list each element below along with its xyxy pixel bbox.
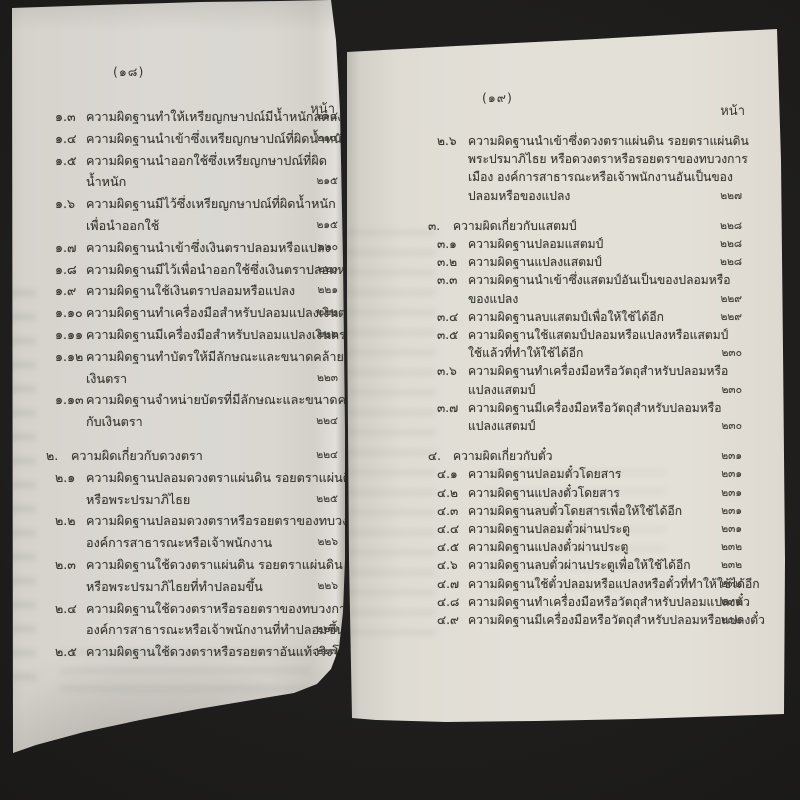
toc-entry-number: ๓.๗ xyxy=(437,399,468,417)
toc-entry-number: ๔.๕ xyxy=(437,538,468,556)
toc-entry-line: ความผิดฐานมีเครื่องมือหรือวัตถุสำหรับปลอ… xyxy=(468,611,742,629)
toc-entry-line: พระปรมาภิไธย หรือดวงตราหรือรอยตราของทบวง… xyxy=(468,150,742,168)
toc-entry-page-number: ๒๒๐ xyxy=(318,237,338,259)
toc-entry-๔-๔: ๔.๔ความผิดฐานปลอมตั๋วผ่านประตู๒๓๑ xyxy=(428,520,742,538)
toc-entry-page-number: ๒๒๘ xyxy=(720,253,742,271)
toc-entry-line: ความผิดฐานปลอมแสตมป์ xyxy=(468,235,742,253)
toc-entry-๒-๑: ๒.๑ความผิดฐานปลอมดวงตราแผ่นดิน รอยตราแผ่… xyxy=(46,467,338,511)
toc-entry-๓-๑: ๓.๑ความผิดฐานปลอมแสตมป์๒๒๘ xyxy=(428,235,742,253)
toc-entry-page-number: ๒๒๓ xyxy=(317,368,338,390)
toc-entry-๒-๓: ๒.๓ความผิดฐานใช้ดวงตราแผ่นดิน รอยตราแผ่น… xyxy=(46,554,338,598)
toc-entry-๓-๖: ๓.๖ความผิดฐานทำเครื่องมือหรือวัตถุสำหรับ… xyxy=(428,362,742,398)
toc-entry-number: ๑.๙ xyxy=(55,280,86,302)
toc-entry-line: ความผิดฐานมีเครื่องมือหรือวัตถุสำหรับปลอ… xyxy=(468,399,742,417)
toc-entry-๒-๔: ๒.๔ความผิดฐานใช้ดวงตราหรือรอยตราของทบวงก… xyxy=(46,598,338,642)
toc-entry-number: ๑.๗ xyxy=(55,237,86,259)
toc-entry-text: ความผิดฐานทำให้เหรียญกษาปณ์มีน้ำหนักลดลง xyxy=(86,106,338,128)
toc-entry-number: ๒.๖ xyxy=(437,132,468,150)
toc-entry-line: ความผิดฐานนำออกใช้ซึ่งเหรียญกษาปณ์ที่ผิด xyxy=(86,150,338,172)
toc-entry-number: ๔.๙ xyxy=(437,611,468,629)
toc-entry-number: ๒.๓ xyxy=(55,554,86,576)
toc-entry-๔-๒: ๔.๒ความผิดฐานแปลงตั๋วโดยสาร๒๓๑ xyxy=(428,484,742,502)
toc-entry-๓-๔: ๓.๔ความผิดฐานลบแสตมป์เพื่อให้ใช้ได้อีก๒๒… xyxy=(428,308,742,326)
toc-entry-page-number: ๒๒๐ xyxy=(318,259,338,281)
toc-entry-line: แปลงแสตมป์ xyxy=(468,381,742,399)
left-page-folio: (๑๘) xyxy=(113,62,144,82)
left-page-toc: ๑.๓ความผิดฐานทำให้เหรียญกษาปณ์มีน้ำหนักล… xyxy=(46,106,338,663)
toc-entry-line: ปลอมหรือของแปลง xyxy=(468,187,742,205)
toc-entry-line: ความผิดฐานปลอมดวงตราหรือรอยตราของทบวงการ… xyxy=(86,510,338,532)
toc-entry-line: ความผิดฐานลบตั๋วโดยสารเพื่อให้ใช้ได้อีก xyxy=(468,502,742,520)
toc-entry-page-number: ๒๓๒ xyxy=(721,556,742,574)
toc-entry-page-number: ๒๓๑ xyxy=(721,502,742,520)
toc-entry-๔-๗: ๔.๗ความผิดฐานใช้ตั๋วปลอมหรือแปลงหรือตั๋ว… xyxy=(428,575,742,593)
toc-entry-text: ความผิดฐานใช้ดวงตราหรือรอยตราอันแท้จริงโ… xyxy=(86,641,338,663)
toc-entry-page-number: ๒๓๐ xyxy=(721,417,742,435)
toc-entry-๓-๓: ๓.๓ความผิดฐานนำเข้าซึ่งแสตมป์อันเป็นของป… xyxy=(428,271,742,307)
toc-entry-number: ๑.๓ xyxy=(55,106,86,128)
toc-entry-text: ความผิดฐานปลอมดวงตราหรือรอยตราของทบวงการ… xyxy=(86,510,338,554)
toc-entry-line: ความผิดฐานใช้ตั๋วปลอมหรือแปลงหรือตั๋วที่… xyxy=(468,575,742,593)
toc-entry-text: ความผิดฐานนำเข้าซึ่งเงินตราปลอมหรือแปลง xyxy=(86,237,338,259)
toc-entry-text: ความผิดฐานปลอมดวงตราแผ่นดิน รอยตราแผ่นดิ… xyxy=(86,467,338,511)
toc-entry-๑-๖: ๑.๖ความผิดฐานมีไว้ซึ่งเหรียญกษาปณ์ที่ผิด… xyxy=(46,193,338,237)
right-page-folio: (๑๙) xyxy=(482,88,513,108)
toc-entry-line: ความผิดฐานปลอมดวงตราแผ่นดิน รอยตราแผ่นดิ… xyxy=(86,467,338,489)
toc-entry-page-number: ๒๒๙ xyxy=(720,308,742,326)
toc-entry-text: ความผิดเกี่ยวกับตั๋ว xyxy=(453,447,742,465)
toc-entry-๑-๑๒: ๑.๑๒ความผิดฐานทำบัตรให้มีลักษณะและขนาดคล… xyxy=(46,346,338,390)
toc-entry-text: ความผิดฐานลบตั๋วผ่านประตูเพื่อให้ใช้ได้อ… xyxy=(468,556,742,574)
toc-entry-line: ความผิดฐานปลอมตั๋วผ่านประตู xyxy=(468,520,742,538)
toc-entry-line: ความผิดฐานทำให้เหรียญกษาปณ์มีน้ำหนักลดลง xyxy=(86,106,338,128)
toc-entry-page-number: ๒๑๔ xyxy=(316,106,338,128)
toc-entry-line: เงินตรา xyxy=(86,368,338,390)
toc-entry-page-number: ๒๒๗ xyxy=(316,641,338,663)
toc-entry-number: ๔.๘ xyxy=(437,593,468,611)
toc-entry-๔-๕: ๔.๕ความผิดฐานแปลงตั๋วผ่านประตู๒๓๒ xyxy=(428,538,742,556)
toc-entry-line: ความผิดฐานใช้ดวงตราแผ่นดิน รอยตราแผ่นดิน xyxy=(86,554,338,576)
toc-entry-line: ความผิดเกี่ยวกับแสตมป์ xyxy=(453,217,742,235)
toc-entry-page-number: ๒๒๔ xyxy=(316,411,338,433)
toc-entry-page-number: ๒๒๖ xyxy=(317,532,338,554)
toc-entry-line: ความผิดฐานมีไว้ซึ่งเหรียญกษาปณ์ที่ผิดน้ำ… xyxy=(86,193,338,215)
toc-entry-page-number: ๒๓๑ xyxy=(721,447,742,465)
toc-entry-text: ความผิดฐานมีเครื่องมือหรือวัตถุสำหรับปลอ… xyxy=(468,399,742,435)
toc-entry-number: ๓.๑ xyxy=(437,235,468,253)
toc-entry-line: หรือพระปรมาภิไธยที่ทำปลอมขึ้น xyxy=(86,576,338,598)
toc-entry-line: องค์การสาธารณะหรือเจ้าพนักงานที่ทำปลอมขึ… xyxy=(86,619,338,641)
toc-entry-text: ความผิดฐานปลอมตั๋วผ่านประตู xyxy=(468,520,742,538)
toc-entry-number: ๔. xyxy=(428,447,453,465)
toc-entry-number: ๔.๗ xyxy=(437,575,468,593)
toc-entry-number: ๑.๑๑ xyxy=(55,324,86,346)
toc-entry-number: ๓.๒ xyxy=(437,253,468,271)
toc-entry-๔-๓: ๔.๓ความผิดฐานลบตั๋วโดยสารเพื่อให้ใช้ได้อ… xyxy=(428,502,742,520)
toc-entry-page-number: ๒๓๒ xyxy=(721,611,742,629)
toc-entry-page-number: ๒๒๗ xyxy=(316,619,338,641)
toc-entry-line: เมือง องค์การสาธารณะหรือเจ้าพนักงานอันเป… xyxy=(468,168,742,186)
toc-entry-line: ความผิดฐานนำเข้าซึ่งเงินตราปลอมหรือแปลง xyxy=(86,237,338,259)
toc-entry-line: ความผิดฐานลบแสตมป์เพื่อให้ใช้ได้อีก xyxy=(468,308,742,326)
toc-entry-text: ความผิดฐานมีไว้ซึ่งเหรียญกษาปณ์ที่ผิดน้ำ… xyxy=(86,193,338,237)
toc-entry-text: ความผิดเกี่ยวกับแสตมป์ xyxy=(453,217,742,235)
toc-entry-page-number: ๒๑๔ xyxy=(316,128,338,150)
toc-entry-line: ความผิดฐานมีเครื่องมือสำหรับปลอมแปลงเงิน… xyxy=(86,324,338,346)
toc-entry-line: ความผิดฐานทำเครื่องมือหรือวัตถุสำหรับปลอ… xyxy=(468,362,742,380)
toc-entry-number: ๒.๕ xyxy=(55,641,86,663)
toc-entry-๔-: ๔.ความผิดเกี่ยวกับตั๋ว๒๓๑ xyxy=(428,447,742,465)
toc-entry-๑-๙: ๑.๙ความผิดฐานใช้เงินตราปลอมหรือแปลง๒๒๑ xyxy=(46,280,338,302)
toc-entry-line: ของแปลง xyxy=(468,290,742,308)
toc-entry-๒-๒: ๒.๒ความผิดฐานปลอมดวงตราหรือรอยตราของทบวง… xyxy=(46,510,338,554)
toc-entry-line: ความผิดฐานทำบัตรให้มีลักษณะและขนาดคล้ายค… xyxy=(86,346,338,368)
toc-entry-text: ความผิดฐานลบตั๋วโดยสารเพื่อให้ใช้ได้อีก xyxy=(468,502,742,520)
toc-entry-๑-๘: ๑.๘ความผิดฐานมีไว้เพื่อนำออกใช้ซึ่งเงินต… xyxy=(46,259,338,281)
toc-entry-number: ๒.๑ xyxy=(55,467,86,489)
toc-entry-line: ความผิดฐานมีไว้เพื่อนำออกใช้ซึ่งเงินตราป… xyxy=(86,259,338,281)
toc-entry-page-number: ๒๒๘ xyxy=(720,235,742,253)
toc-entry-line: ความผิดฐานใช้ดวงตราหรือรอยตราอันแท้จริงโ… xyxy=(86,641,338,663)
toc-entry-number: ๒.๒ xyxy=(55,510,86,532)
toc-entry-text: ความผิดฐานทำเครื่องมือหรือวัตถุสำหรับปลอ… xyxy=(468,362,742,398)
toc-entry-๔-๖: ๔.๖ความผิดฐานลบตั๋วผ่านประตูเพื่อให้ใช้ไ… xyxy=(428,556,742,574)
toc-entry-line: ใช้แล้วที่ทำให้ใช้ได้อีก xyxy=(468,344,742,362)
toc-entry-text: ความผิดฐานมีไว้เพื่อนำออกใช้ซึ่งเงินตราป… xyxy=(86,259,338,281)
toc-entry-page-number: ๒๑๕ xyxy=(316,171,338,193)
toc-entry-๑-๑๑: ๑.๑๑ความผิดฐานมีเครื่องมือสำหรับปลอมแปลง… xyxy=(46,324,338,346)
toc-entry-page-number: ๒๓๒ xyxy=(721,538,742,556)
toc-entry-๓-๗: ๓.๗ความผิดฐานมีเครื่องมือหรือวัตถุสำหรับ… xyxy=(428,399,742,435)
toc-entry-line: กับเงินตรา xyxy=(86,411,338,433)
toc-entry-text: ความผิดฐานใช้ดวงตราหรือรอยตราของทบวงการเ… xyxy=(86,598,338,642)
toc-entry-page-number: ๒๒๙ xyxy=(720,290,742,308)
toc-entry-text: ความผิดฐานมีเครื่องมือสำหรับปลอมแปลงเงิน… xyxy=(86,324,338,346)
toc-entry-page-number: ๒๒๕ xyxy=(316,489,338,511)
toc-entry-text: ความผิดฐานแปลงตั๋วผ่านประตู xyxy=(468,538,742,556)
page-bleed-through-smudge xyxy=(346,230,436,650)
toc-entry-page-number: ๒๒๑ xyxy=(317,280,338,302)
toc-entry-line: ความผิดฐานแปลงตั๋วผ่านประตู xyxy=(468,538,742,556)
toc-entry-text: ความผิดฐานนำเข้าซึ่งเหรียญกษาปณ์ที่ผิดน้… xyxy=(86,128,338,150)
toc-entry-line: ความผิดฐานแปลงแสตมป์ xyxy=(468,253,742,271)
toc-entry-text: ความผิดฐานใช้ดวงตราแผ่นดิน รอยตราแผ่นดิน… xyxy=(86,554,338,598)
toc-entry-line: ความผิดฐานจำหน่ายบัตรที่มีลักษณะและขนาดค… xyxy=(86,389,338,411)
toc-entry-page-number: ๒๒๒ xyxy=(317,302,338,324)
toc-entry-number: ๔.๖ xyxy=(437,556,468,574)
toc-entry-๑-๔: ๑.๔ความผิดฐานนำเข้าซึ่งเหรียญกษาปณ์ที่ผิ… xyxy=(46,128,338,150)
toc-entry-๑-๑๐: ๑.๑๐ความผิดฐานทำเครื่องมือสำหรับปลอมแปลง… xyxy=(46,302,338,324)
toc-entry-๓-: ๓.ความผิดเกี่ยวกับแสตมป์๒๒๘ xyxy=(428,217,742,235)
toc-entry-line: ความผิดฐานใช้แสตมป์ปลอมหรือแปลงหรือแสตมป… xyxy=(468,326,742,344)
toc-entry-๑-๑๓: ๑.๑๓ความผิดฐานจำหน่ายบัตรที่มีลักษณะและข… xyxy=(46,389,338,433)
toc-entry-page-number: ๒๓๑ xyxy=(721,520,742,538)
toc-entry-line: ความผิดฐานทำเครื่องมือสำหรับปลอมแปลงเงิน… xyxy=(86,302,338,324)
toc-entry-line: ความผิดฐานนำเข้าซึ่งแสตมป์อันเป็นของปลอม… xyxy=(468,271,742,289)
toc-entry-line: ความผิดฐานนำเข้าซึ่งเหรียญกษาปณ์ที่ผิดน้… xyxy=(86,128,338,150)
toc-entry-text: ความผิดเกี่ยวกับดวงตรา xyxy=(71,445,338,467)
toc-entry-line: น้ำหนัก xyxy=(86,171,338,193)
toc-entry-page-number: ๒๒๗ xyxy=(720,187,742,205)
toc-entry-page-number: ๒๓๒ xyxy=(721,575,742,593)
toc-entry-line: ความผิดฐานทำเครื่องมือหรือวัตถุสำหรับปลอ… xyxy=(468,593,742,611)
toc-entry-number: ๒.๔ xyxy=(55,598,86,620)
toc-entry-๒-๖: ๒.๖ความผิดฐานนำเข้าซึ่งดวงตราแผ่นดิน รอย… xyxy=(428,132,742,205)
toc-entry-๔-๑: ๔.๑ความผิดฐานปลอมตั๋วโดยสาร๒๓๑ xyxy=(428,465,742,483)
toc-entry-text: ความผิดฐานทำเครื่องมือหรือวัตถุสำหรับปลอ… xyxy=(468,593,742,611)
toc-entry-number: ๓.๓ xyxy=(437,271,468,289)
toc-entry-text: ความผิดฐานจำหน่ายบัตรที่มีลักษณะและขนาดค… xyxy=(86,389,338,433)
toc-entry-line: เพื่อนำออกใช้ xyxy=(86,215,338,237)
toc-entry-number: ๔.๓ xyxy=(437,502,468,520)
toc-entry-text: ความผิดฐานปลอมตั๋วโดยสาร xyxy=(468,465,742,483)
toc-entry-line: ความผิดฐานลบตั๋วผ่านประตูเพื่อให้ใช้ได้อ… xyxy=(468,556,742,574)
toc-entry-text: ความผิดฐานทำเครื่องมือสำหรับปลอมแปลงเงิน… xyxy=(86,302,338,324)
toc-entry-number: ๑.๕ xyxy=(55,150,86,172)
toc-entry-๓-๒: ๓.๒ความผิดฐานแปลงแสตมป์๒๒๘ xyxy=(428,253,742,271)
toc-entry-page-number: ๒๓๒ xyxy=(721,593,742,611)
right-page: (๑๙) หน้า ๒.๖ความผิดฐานนำเข้าซึ่งดวงตราแ… xyxy=(336,0,800,800)
toc-entry-text: ความผิดฐานแปลงแสตมป์ xyxy=(468,253,742,271)
toc-entry-page-number: ๒๒๘ xyxy=(720,217,742,235)
right-page-column-label: หน้า xyxy=(720,100,745,121)
toc-entry-page-number: ๒๓๐ xyxy=(721,381,742,399)
toc-entry-text: ความผิดฐานปลอมแสตมป์ xyxy=(468,235,742,253)
toc-entry-line: หรือพระปรมาภิไธย xyxy=(86,489,338,511)
toc-entry-๑-๓: ๑.๓ความผิดฐานทำให้เหรียญกษาปณ์มีน้ำหนักล… xyxy=(46,106,338,128)
toc-entry-page-number: ๒๑๕ xyxy=(316,215,338,237)
toc-entry-๔-๙: ๔.๙ความผิดฐานมีเครื่องมือหรือวัตถุสำหรับ… xyxy=(428,611,742,629)
toc-entry-number: ๑.๑๒ xyxy=(55,346,86,368)
toc-entry-text: ความผิดฐานลบแสตมป์เพื่อให้ใช้ได้อีก xyxy=(468,308,742,326)
toc-entry-line: แปลงแสตมป์ xyxy=(468,417,742,435)
toc-entry-page-number: ๒๓๐ xyxy=(721,344,742,362)
toc-entry-number: ๑.๖ xyxy=(55,193,86,215)
toc-entry-line: ความผิดฐานแปลงตั๋วโดยสาร xyxy=(468,484,742,502)
toc-entry-text: ความผิดฐานทำบัตรให้มีลักษณะและขนาดคล้ายค… xyxy=(86,346,338,390)
toc-entry-text: ความผิดฐานนำเข้าซึ่งแสตมป์อันเป็นของปลอม… xyxy=(468,271,742,307)
page-bleed-through-smudge xyxy=(2,290,36,690)
toc-entry-number: ๔.๑ xyxy=(437,465,468,483)
toc-entry-number: ๔.๔ xyxy=(437,520,468,538)
toc-entry-text: ความผิดฐานมีเครื่องมือหรือวัตถุสำหรับปลอ… xyxy=(468,611,742,629)
toc-entry-๑-๗: ๑.๗ความผิดฐานนำเข้าซึ่งเงินตราปลอมหรือแป… xyxy=(46,237,338,259)
toc-entry-text: ความผิดฐานนำออกใช้ซึ่งเหรียญกษาปณ์ที่ผิด… xyxy=(86,150,338,194)
toc-entry-number: ๔.๒ xyxy=(437,484,468,502)
toc-entry-text: ความผิดฐานนำเข้าซึ่งดวงตราแผ่นดิน รอยตรา… xyxy=(468,132,742,205)
toc-entry-๒-: ๒.ความผิดเกี่ยวกับดวงตรา๒๒๔ xyxy=(46,445,338,467)
toc-entry-text: ความผิดฐานใช้แสตมป์ปลอมหรือแปลงหรือแสตมป… xyxy=(468,326,742,362)
toc-entry-line: ความผิดฐานใช้เงินตราปลอมหรือแปลง xyxy=(86,280,338,302)
toc-entry-line: ความผิดเกี่ยวกับตั๋ว xyxy=(453,447,742,465)
toc-entry-line: ความผิดฐานใช้ดวงตราหรือรอยตราของทบวงการเ… xyxy=(86,598,338,620)
toc-entry-line: ความผิดฐานนำเข้าซึ่งดวงตราแผ่นดิน รอยตรา… xyxy=(468,132,742,150)
toc-entry-number: ๑.๑๓ xyxy=(55,389,86,411)
toc-entry-page-number: ๒๒๖ xyxy=(317,576,338,598)
toc-entry-๑-๕: ๑.๕ความผิดฐานนำออกใช้ซึ่งเหรียญกษาปณ์ที่… xyxy=(46,150,338,194)
toc-entry-text: ความผิดฐานแปลงตั๋วโดยสาร xyxy=(468,484,742,502)
toc-entry-line: องค์การสาธารณะหรือเจ้าพนักงาน xyxy=(86,532,338,554)
toc-entry-number: ๓.๔ xyxy=(437,308,468,326)
toc-entry-๔-๘: ๔.๘ความผิดฐานทำเครื่องมือหรือวัตถุสำหรับ… xyxy=(428,593,742,611)
book-photo: (๑๙) หน้า ๒.๖ความผิดฐานนำเข้าซึ่งดวงตราแ… xyxy=(0,0,800,800)
toc-entry-number: ๒. xyxy=(46,445,71,467)
toc-entry-page-number: ๒๒๒ xyxy=(317,324,338,346)
toc-entry-number: ๑.๔ xyxy=(55,128,86,150)
toc-entry-page-number: ๒๒๔ xyxy=(316,445,338,467)
toc-entry-number: ๑.๑๐ xyxy=(55,302,86,324)
toc-entry-text: ความผิดฐานใช้ตั๋วปลอมหรือแปลงหรือตั๋วที่… xyxy=(468,575,742,593)
toc-entry-๓-๕: ๓.๕ความผิดฐานใช้แสตมป์ปลอมหรือแปลงหรือแส… xyxy=(428,326,742,362)
toc-entry-๒-๕: ๒.๕ความผิดฐานใช้ดวงตราหรือรอยตราอันแท้จร… xyxy=(46,641,338,663)
right-page-toc: ๒.๖ความผิดฐานนำเข้าซึ่งดวงตราแผ่นดิน รอย… xyxy=(428,132,742,629)
toc-entry-page-number: ๒๓๑ xyxy=(721,484,742,502)
left-page: (๑๘) หน้า ๑.๓ความผิดฐานทำให้เหรียญกษาปณ์… xyxy=(0,0,348,800)
toc-entry-line: ความผิดฐานปลอมตั๋วโดยสาร xyxy=(468,465,742,483)
toc-entry-number: ๑.๘ xyxy=(55,259,86,281)
toc-entry-number: ๓.๖ xyxy=(437,362,468,380)
toc-entry-page-number: ๒๓๑ xyxy=(721,465,742,483)
toc-entry-text: ความผิดฐานใช้เงินตราปลอมหรือแปลง xyxy=(86,280,338,302)
toc-entry-number: ๓.๕ xyxy=(437,326,468,344)
toc-entry-number: ๓. xyxy=(428,217,453,235)
toc-entry-line: ความผิดเกี่ยวกับดวงตรา xyxy=(71,445,338,467)
